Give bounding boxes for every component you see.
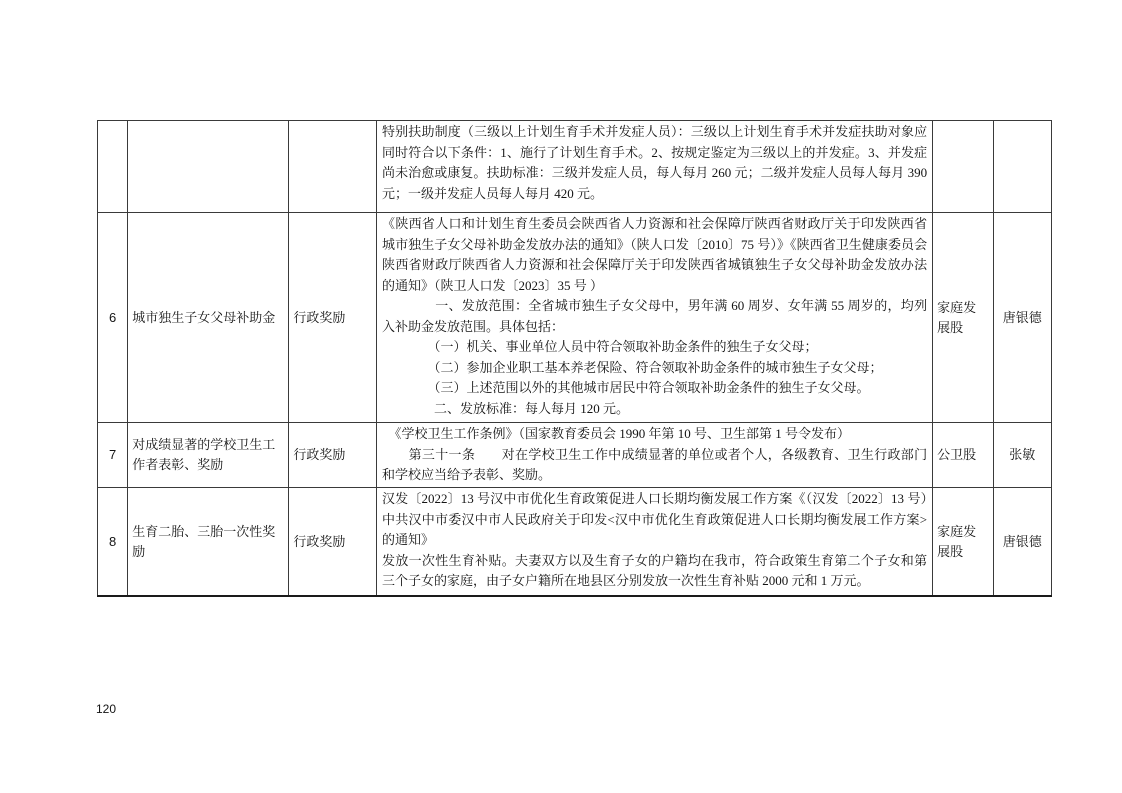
department-cell: 家庭发展股 <box>933 488 993 597</box>
table-row: 特别扶助制度（三级以上计划生育手术并发症人员）：三级以上计划生育手术并发症扶助对… <box>98 121 1052 213</box>
basis-content-cell: 《学校卫生工作条例》（国家教育委员会 1990 年第 10 号、卫生部第 1 号… <box>377 423 933 488</box>
item-name-cell <box>128 121 289 213</box>
page-number: 120 <box>96 702 116 716</box>
basis-content-cell: 特别扶助制度（三级以上计划生育手术并发症人员）：三级以上计划生育手术并发症扶助对… <box>377 121 933 213</box>
department-cell: 家庭发展股 <box>933 213 993 423</box>
basis-content-text: 《学校卫生工作条例》（国家教育委员会 1990 年第 10 号、卫生部第 1 号… <box>382 423 927 487</box>
row-no-cell: 8 <box>98 488 128 597</box>
reward-items-table: 特别扶助制度（三级以上计划生育手术并发症人员）：三级以上计划生育手术并发症扶助对… <box>97 120 1052 597</box>
row-no-cell: 6 <box>98 213 128 423</box>
responsible-person-cell <box>993 121 1051 213</box>
item-name-cell: 生育二胎、三胎一次性奖励 <box>128 488 289 597</box>
reward-type-cell <box>289 121 377 213</box>
department-cell: 公卫股 <box>933 423 993 488</box>
reward-type-cell: 行政奖励 <box>289 423 377 488</box>
basis-content-text: 《陕西省人口和计划生育生委员会陕西省人力资源和社会保障厅陕西省财政厅关于印发陕西… <box>382 213 927 422</box>
row-no-cell: 7 <box>98 423 128 488</box>
basis-content-cell: 《陕西省人口和计划生育生委员会陕西省人力资源和社会保障厅陕西省财政厅关于印发陕西… <box>377 213 933 423</box>
table-row: 7 对成绩显著的学校卫生工作者表彰、奖励 行政奖励 《学校卫生工作条例》（国家教… <box>98 423 1052 488</box>
department-cell <box>933 121 993 213</box>
table-row: 6 城市独生子女父母补助金 行政奖励 《陕西省人口和计划生育生委员会陕西省人力资… <box>98 213 1052 423</box>
row-no-cell <box>98 121 128 213</box>
item-name-cell: 城市独生子女父母补助金 <box>128 213 289 423</box>
item-name-cell: 对成绩显著的学校卫生工作者表彰、奖励 <box>128 423 289 488</box>
responsible-person-cell: 唐银德 <box>993 488 1051 597</box>
table-row: 8 生育二胎、三胎一次性奖励 行政奖励 汉发〔2022〕13 号汉中市优化生育政… <box>98 488 1052 597</box>
basis-content-cell: 汉发〔2022〕13 号汉中市优化生育政策促进人口长期均衡发展工作方案《（汉发〔… <box>377 488 933 597</box>
responsible-person-cell: 张敏 <box>993 423 1051 488</box>
basis-content-text: 特别扶助制度（三级以上计划生育手术并发症人员）：三级以上计划生育手术并发症扶助对… <box>382 121 927 212</box>
reward-type-cell: 行政奖励 <box>289 488 377 597</box>
reward-type-cell: 行政奖励 <box>289 213 377 423</box>
basis-content-text: 汉发〔2022〕13 号汉中市优化生育政策促进人口长期均衡发展工作方案《（汉发〔… <box>382 488 927 595</box>
responsible-person-cell: 唐银德 <box>993 213 1051 423</box>
